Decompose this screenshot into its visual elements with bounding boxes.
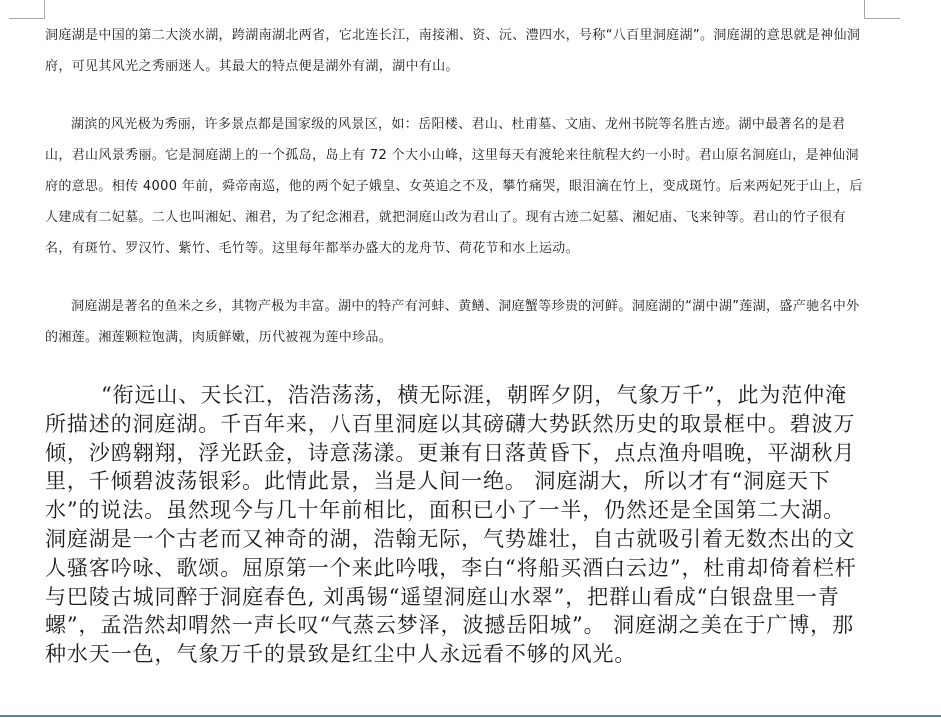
document-page[interactable]: 洞庭湖是中国的第二大淡水湖，跨湖南湖北两省，它北连长江，南接湘、资、沅、澧四水，… <box>45 20 865 669</box>
page-corner-mark-top-right <box>864 0 900 19</box>
paragraph-intro: 洞庭湖是中国的第二大淡水湖，跨湖南湖北两省，它北连长江，南接湘、资、沅、澧四水，… <box>45 20 865 82</box>
paragraph-products: 洞庭湖是著名的鱼米之乡，其物产极为丰富。湖中的特产有河蚌、黄鳝、洞庭蟹等珍贵的河… <box>45 291 865 353</box>
page-corner-mark-top-left <box>9 0 45 19</box>
paragraph-poetic: “衔远山、天长江，浩浩荡荡，横无际涯，朝晖夕阴，气象万千”，此为范仲淹所描述的洞… <box>45 381 867 669</box>
paragraph-scenery: 湖滨的风光极为秀丽，许多景点都是国家级的风景区，如：岳阳楼、君山、杜甫墓、文庙、… <box>45 109 865 264</box>
window-bottom-border <box>0 715 941 717</box>
